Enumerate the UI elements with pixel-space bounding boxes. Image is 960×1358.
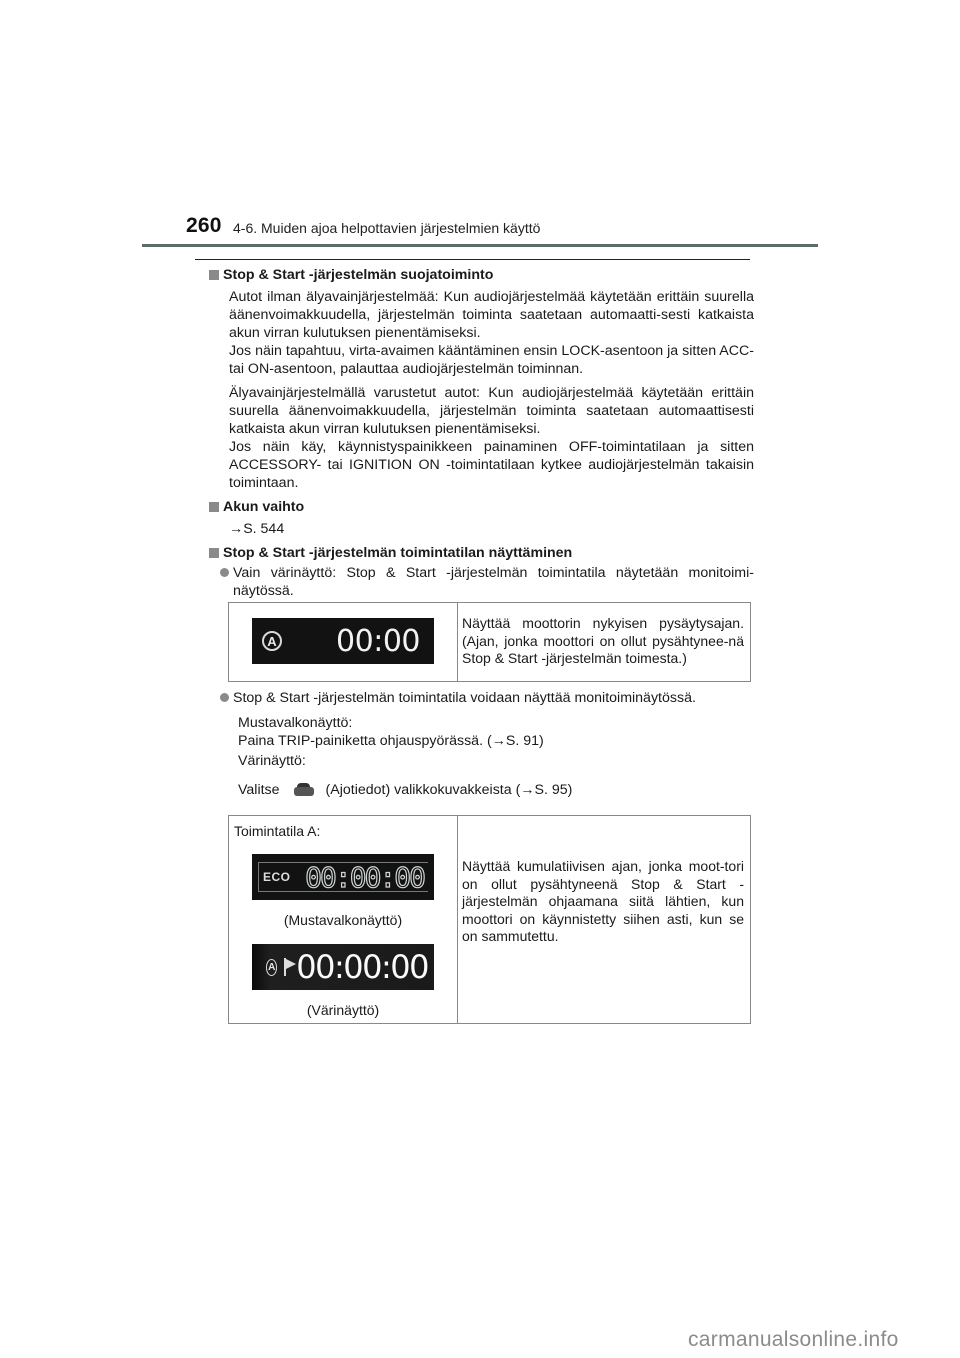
color-label: Värinäyttö:	[238, 752, 306, 770]
color-display: A 00:00:00	[252, 944, 434, 990]
main-content: Stop & Start -järjestelmän suojatoiminto…	[209, 266, 754, 600]
page-number: 260	[186, 214, 222, 238]
stop-time-readout: 00:00	[336, 624, 420, 659]
auto-stop-icon: A	[266, 959, 277, 976]
chapter-title: 4-6. Muiden ajoa helpottavien järjestelm…	[233, 220, 540, 236]
battery-page-link[interactable]: →S. 544	[229, 520, 754, 538]
cumulative-time-image-cell: Toimintatila A: ECO 00:00:00 (Mustavalko…	[229, 816, 458, 1023]
auto-stop-icon: A	[262, 631, 282, 651]
protection-para2b: Jos näin käy, käynnistyspainikkeen paina…	[229, 438, 754, 492]
trip-button-instruction: Paina TRIP-painiketta ohjauspyörässä. (→…	[238, 732, 544, 750]
protection-para2: Älyavainjärjestelmällä varustetut autot:…	[229, 384, 754, 438]
color-caption: (Värinäyttö)	[229, 1002, 457, 1018]
stop-time-image-cell: A 00:00	[229, 603, 458, 681]
stop-time-description: Näyttää moottorin nykyisen pysäytysajan.…	[458, 603, 750, 681]
mono-time-readout: 00:00:00	[305, 861, 424, 894]
cumulative-time-description: Näyttää kumulatiivisen ajan, jonka moot-…	[458, 816, 750, 1023]
mode-label: Toimintatila A:	[234, 823, 320, 839]
watermark: carmanualsonline.info	[688, 1328, 899, 1352]
mono-display: ECO 00:00:00	[252, 854, 434, 900]
car-trip-info-icon	[294, 782, 314, 798]
square-bullet-icon	[209, 548, 219, 558]
mono-instructions: Mustavalkonäyttö: Paina TRIP-painiketta …	[238, 714, 544, 750]
square-bullet-icon	[209, 270, 219, 280]
round-bullet-icon	[220, 568, 229, 577]
display-bullet2-block: Stop & Start -järjestelmän toimintatila …	[209, 689, 754, 707]
cumulative-time-table: Toimintatila A: ECO 00:00:00 (Mustavalko…	[228, 815, 751, 1024]
stop-time-display: A 00:00	[252, 618, 434, 664]
protection-para1: Autot ilman älyavainjärjestelmää: Kun au…	[229, 288, 754, 342]
header-rule	[142, 244, 818, 247]
protection-para1b: Jos näin tapahtuu, virta-avaimen kääntäm…	[229, 342, 754, 378]
round-bullet-icon	[220, 693, 229, 702]
square-bullet-icon	[209, 502, 219, 512]
display-bullet1: Vain värinäyttö: Stop & Start -järjestel…	[220, 564, 754, 600]
page-header: 260 4-6. Muiden ajoa helpottavien järjes…	[0, 214, 960, 248]
eco-indicator: ECO	[263, 870, 291, 884]
section-rule	[195, 259, 750, 260]
mono-caption: (Mustavalkonäyttö)	[229, 912, 457, 928]
display-bullet2: Stop & Start -järjestelmän toimintatila …	[220, 689, 754, 707]
heading-battery: Akun vaihto	[209, 498, 754, 516]
heading-protection: Stop & Start -järjestelmän suojatoiminto	[209, 266, 754, 284]
heading-display: Stop & Start -järjestelmän toimintatilan…	[209, 544, 754, 562]
stop-time-table: A 00:00 Näyttää moottorin nykyisen pysäy…	[228, 602, 751, 682]
select-instruction: Valitse (Ajotiedot) valikkokuvakkeista (…	[238, 781, 572, 799]
color-time-readout: 00:00:00	[296, 948, 428, 986]
flag-icon	[283, 958, 292, 976]
